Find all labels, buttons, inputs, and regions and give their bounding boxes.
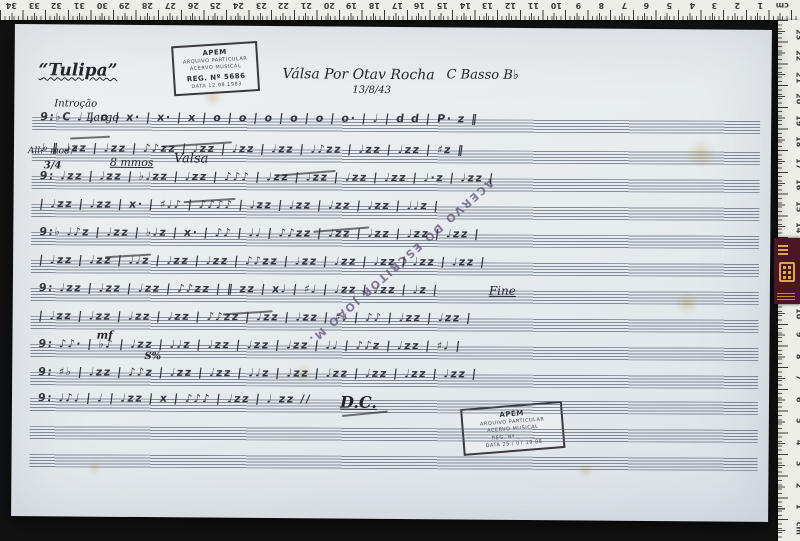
right-ruler-number: 20 xyxy=(782,93,800,105)
segno-mark: S% xyxy=(144,351,161,362)
top-ruler: 3433323130292827262524232221201918171615… xyxy=(0,0,800,20)
section-valsa: Valsa xyxy=(174,151,209,166)
right-ruler-number: 16 xyxy=(782,179,800,191)
right-ruler-number: 19 xyxy=(782,115,800,127)
staff-system: 9:♭ ♩♪z | ♩zz | ♭♩z | x· | ♪♪ | ♩♩ | ♪♪z… xyxy=(31,232,759,249)
right-ruler-number: 18 xyxy=(782,136,800,148)
top-ruler-ticks xyxy=(0,10,800,20)
time-signature: 3/4 xyxy=(44,160,62,171)
right-ruler-number: 23 xyxy=(782,29,800,41)
archive-badge xyxy=(774,238,800,304)
right-ruler-number: 17 xyxy=(782,157,800,169)
right-ruler-number: cm xyxy=(782,522,800,534)
staff-notes: | ♩zz | ♩zz | x· | ♯♩♪ | ♪♪♪♪ | ♩zz | ♩z… xyxy=(39,197,441,212)
staff-notes: 9: ♩♪♩ | ♩ | ♩zz | x | ♪♪♪ | ♩zz | ♩ zz … xyxy=(37,391,312,405)
badge-bars-icon xyxy=(778,245,788,257)
staff-notes: 9: ♩zz | ♩zz | ♩zz | ♪♪zz | ‖ zz | x♩ | … xyxy=(38,281,439,296)
piece-subtitle: Válsa Por Otav Rocha xyxy=(282,66,434,83)
archive-stamp-top: APEM ARQUIVO PARTICULAR ACERVO MUSICAL R… xyxy=(171,41,260,96)
right-ruler-number: 9 xyxy=(782,329,800,341)
badge-caption-lines xyxy=(777,293,795,301)
right-ruler-number: 15 xyxy=(782,200,800,212)
right-ruler-number: 6 xyxy=(782,393,800,405)
scanned-manuscript-photo: 3433323130292827262524232221201918171615… xyxy=(0,0,800,541)
right-ruler-number: 2 xyxy=(782,479,800,491)
staff-system: 9:♭C ♩ | o | x· | x· | x | o | o | o | o… xyxy=(32,117,760,134)
intro-label: Introção xyxy=(54,98,97,109)
manuscript-page: “Tulipa” Válsa Por Otav Rocha 13/8/43 C … xyxy=(11,24,772,522)
dynamic-mf: mf xyxy=(96,329,112,342)
hairpin-stroke xyxy=(70,136,110,140)
staff-system xyxy=(30,426,758,443)
staff-system xyxy=(29,454,757,471)
measure-count: 8 mmos xyxy=(110,156,154,169)
da-capo-mark: D.C. xyxy=(340,393,377,412)
building-icon xyxy=(779,262,795,282)
staff-system: 9: ♩zz | ♩zz | ♭♩zz | ♩zz | ♪♪♪ | ♩zz | … xyxy=(32,176,760,193)
staff-systems: 9:♭C ♩ | o | x· | x· | x | o | o | o | o… xyxy=(15,24,772,30)
right-ruler-number: 1 xyxy=(782,501,800,513)
staff-system: | ♩zz | ♩zz | ♩♩z | ♩zz | ♩zz | ♪♪zz | ♩… xyxy=(31,260,759,277)
staff-notes: 9: ♩zz | ♩zz | ♭♩zz | ♩zz | ♪♪♪ | ♩zz | … xyxy=(39,169,496,184)
staff-system: 9: ♪♪· | ♭♪ | ♩zz | ♩♩z | ♩zz | ♩zz | ♩z… xyxy=(30,344,758,361)
right-ruler-number: 4 xyxy=(782,436,800,448)
right-ruler-number: 21 xyxy=(782,72,800,84)
staff-system: | ♩zz | ♩zz | x· | ♯♩♪ | ♪♪♪♪ | ♩zz | ♩z… xyxy=(31,204,759,221)
piece-date: 13/8/43 xyxy=(352,85,391,96)
tempo-allegro-moderato: All.º mod.º xyxy=(28,146,77,156)
staff-system: 9: ♩zz | ♩zz | ♩zz | ♪♪zz | ‖ zz | x♩ | … xyxy=(31,288,759,305)
right-ruler-number: 5 xyxy=(782,415,800,427)
right-ruler-number: 7 xyxy=(782,372,800,384)
staff-notes: 9: ♯♭ | ♩zz | ♪♪z | ♩zz | ♩zz | ♩♩z | ♩z… xyxy=(37,365,478,380)
right-ruler-number: 3 xyxy=(782,458,800,470)
tempo-largo: Largo xyxy=(86,111,119,124)
staff-notes: ♩ ‖ ♩zz | ♩zz | ♪♪zz | ♩zz | ♩zz | ♩zz |… xyxy=(39,141,465,156)
piece-title: “Tulipa” xyxy=(39,60,118,81)
staff-system: | ♩zz | ♩zz | ♩zz | ♩zz | ♪♪zz | ♩zz | ♩… xyxy=(31,316,759,333)
fine-mark: Fine xyxy=(489,284,516,298)
instrument-label: C Basso B♭ xyxy=(446,67,518,83)
right-ruler-number: 22 xyxy=(782,50,800,62)
staff-system: 9: ♯♭ | ♩zz | ♪♪z | ♩zz | ♩zz | ♩♩z | ♩z… xyxy=(30,372,758,389)
right-ruler-number: 8 xyxy=(782,351,800,363)
right-ruler-number: 10 xyxy=(782,308,800,320)
staff-notes: 9:♭ ♩♪z | ♩zz | ♭♩z | x· | ♪♪ | ♩♩ | ♪♪z… xyxy=(38,225,480,240)
handwritten-annotations: IntroçãoLargoAll.º mod.º3/48 mmosValsamf… xyxy=(15,24,772,30)
staff-system: 9: ♩♪♩ | ♩ | ♩zz | x | ♪♪♪ | ♩zz | ♩ zz … xyxy=(30,398,758,415)
right-ruler-number: 14 xyxy=(782,222,800,234)
